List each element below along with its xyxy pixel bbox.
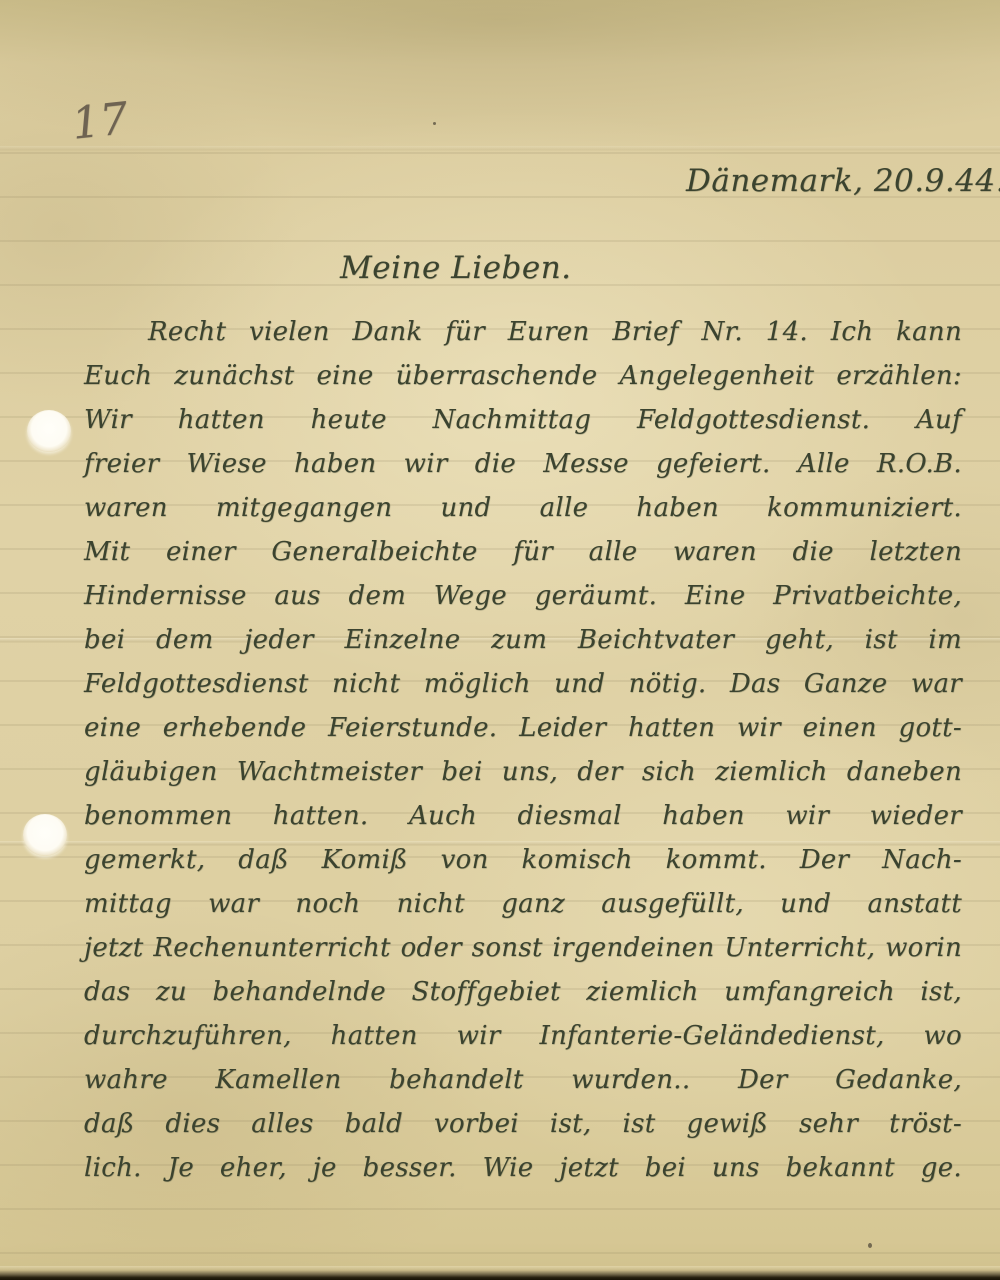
letter-line: bei dem jeder Einzelne zum Beichtvater g… [84,618,962,662]
fold-crease [0,146,1000,151]
letter-line: Wir hatten heute Nachmittag Feldgottesdi… [84,398,962,442]
dateline: Dänemark, 20.9.44. [686,163,1000,199]
ink-speck [433,122,436,125]
salutation: Meine Lieben. [340,250,572,286]
ink-speck [868,1243,872,1248]
letter-body: Recht vielen Dank für Euren Brief Nr. 14… [84,310,962,1190]
letter-line: lich. Je eher, je besser. Wie jetzt bei … [84,1146,962,1190]
letter-line: Euch zunächst eine überraschende Angeleg… [84,354,962,398]
letter-line: waren mitgegangen und alle haben kommuni… [84,486,962,530]
letter-line: wahre Kamellen behandelt wurden.. Der Ge… [84,1058,962,1102]
letter-line: benommen hatten. Auch diesmal haben wir … [84,794,962,838]
letter-line: Hindernisse aus dem Wege geräumt. Eine P… [84,574,962,618]
letter-line: eine erhebende Feierstunde. Leider hatte… [84,706,962,750]
letter-page: 17 Dänemark, 20.9.44. Meine Lieben. Rech… [0,0,1000,1280]
letter-line: mittag war noch nicht ganz ausgefüllt, u… [84,882,962,926]
letter-line: gläubigen Wachtmeister bei uns, der sich… [84,750,962,794]
letter-line: freier Wiese haben wir die Messe gefeier… [84,442,962,486]
letter-line: daß dies alles bald vorbei ist, ist gewi… [84,1102,962,1146]
letter-line: Recht vielen Dank für Euren Brief Nr. 14… [84,310,962,354]
paper-bottom-edge [0,1266,1000,1280]
punch-hole [27,410,71,452]
punch-hole [23,814,67,856]
letter-line: jetzt Rechenunterricht oder sonst irgend… [84,926,962,970]
page-number: 17 [69,93,130,150]
letter-line: gemerkt, daß Komiß von komisch kommt. De… [84,838,962,882]
letter-line: durchzuführen, hatten wir Infanterie-Gel… [84,1014,962,1058]
letter-line: Mit einer Generalbeichte für alle waren … [84,530,962,574]
letter-line: Feldgottesdienst nicht möglich und nötig… [84,662,962,706]
letter-line: das zu behandelnde Stoffgebiet ziemlich … [84,970,962,1014]
